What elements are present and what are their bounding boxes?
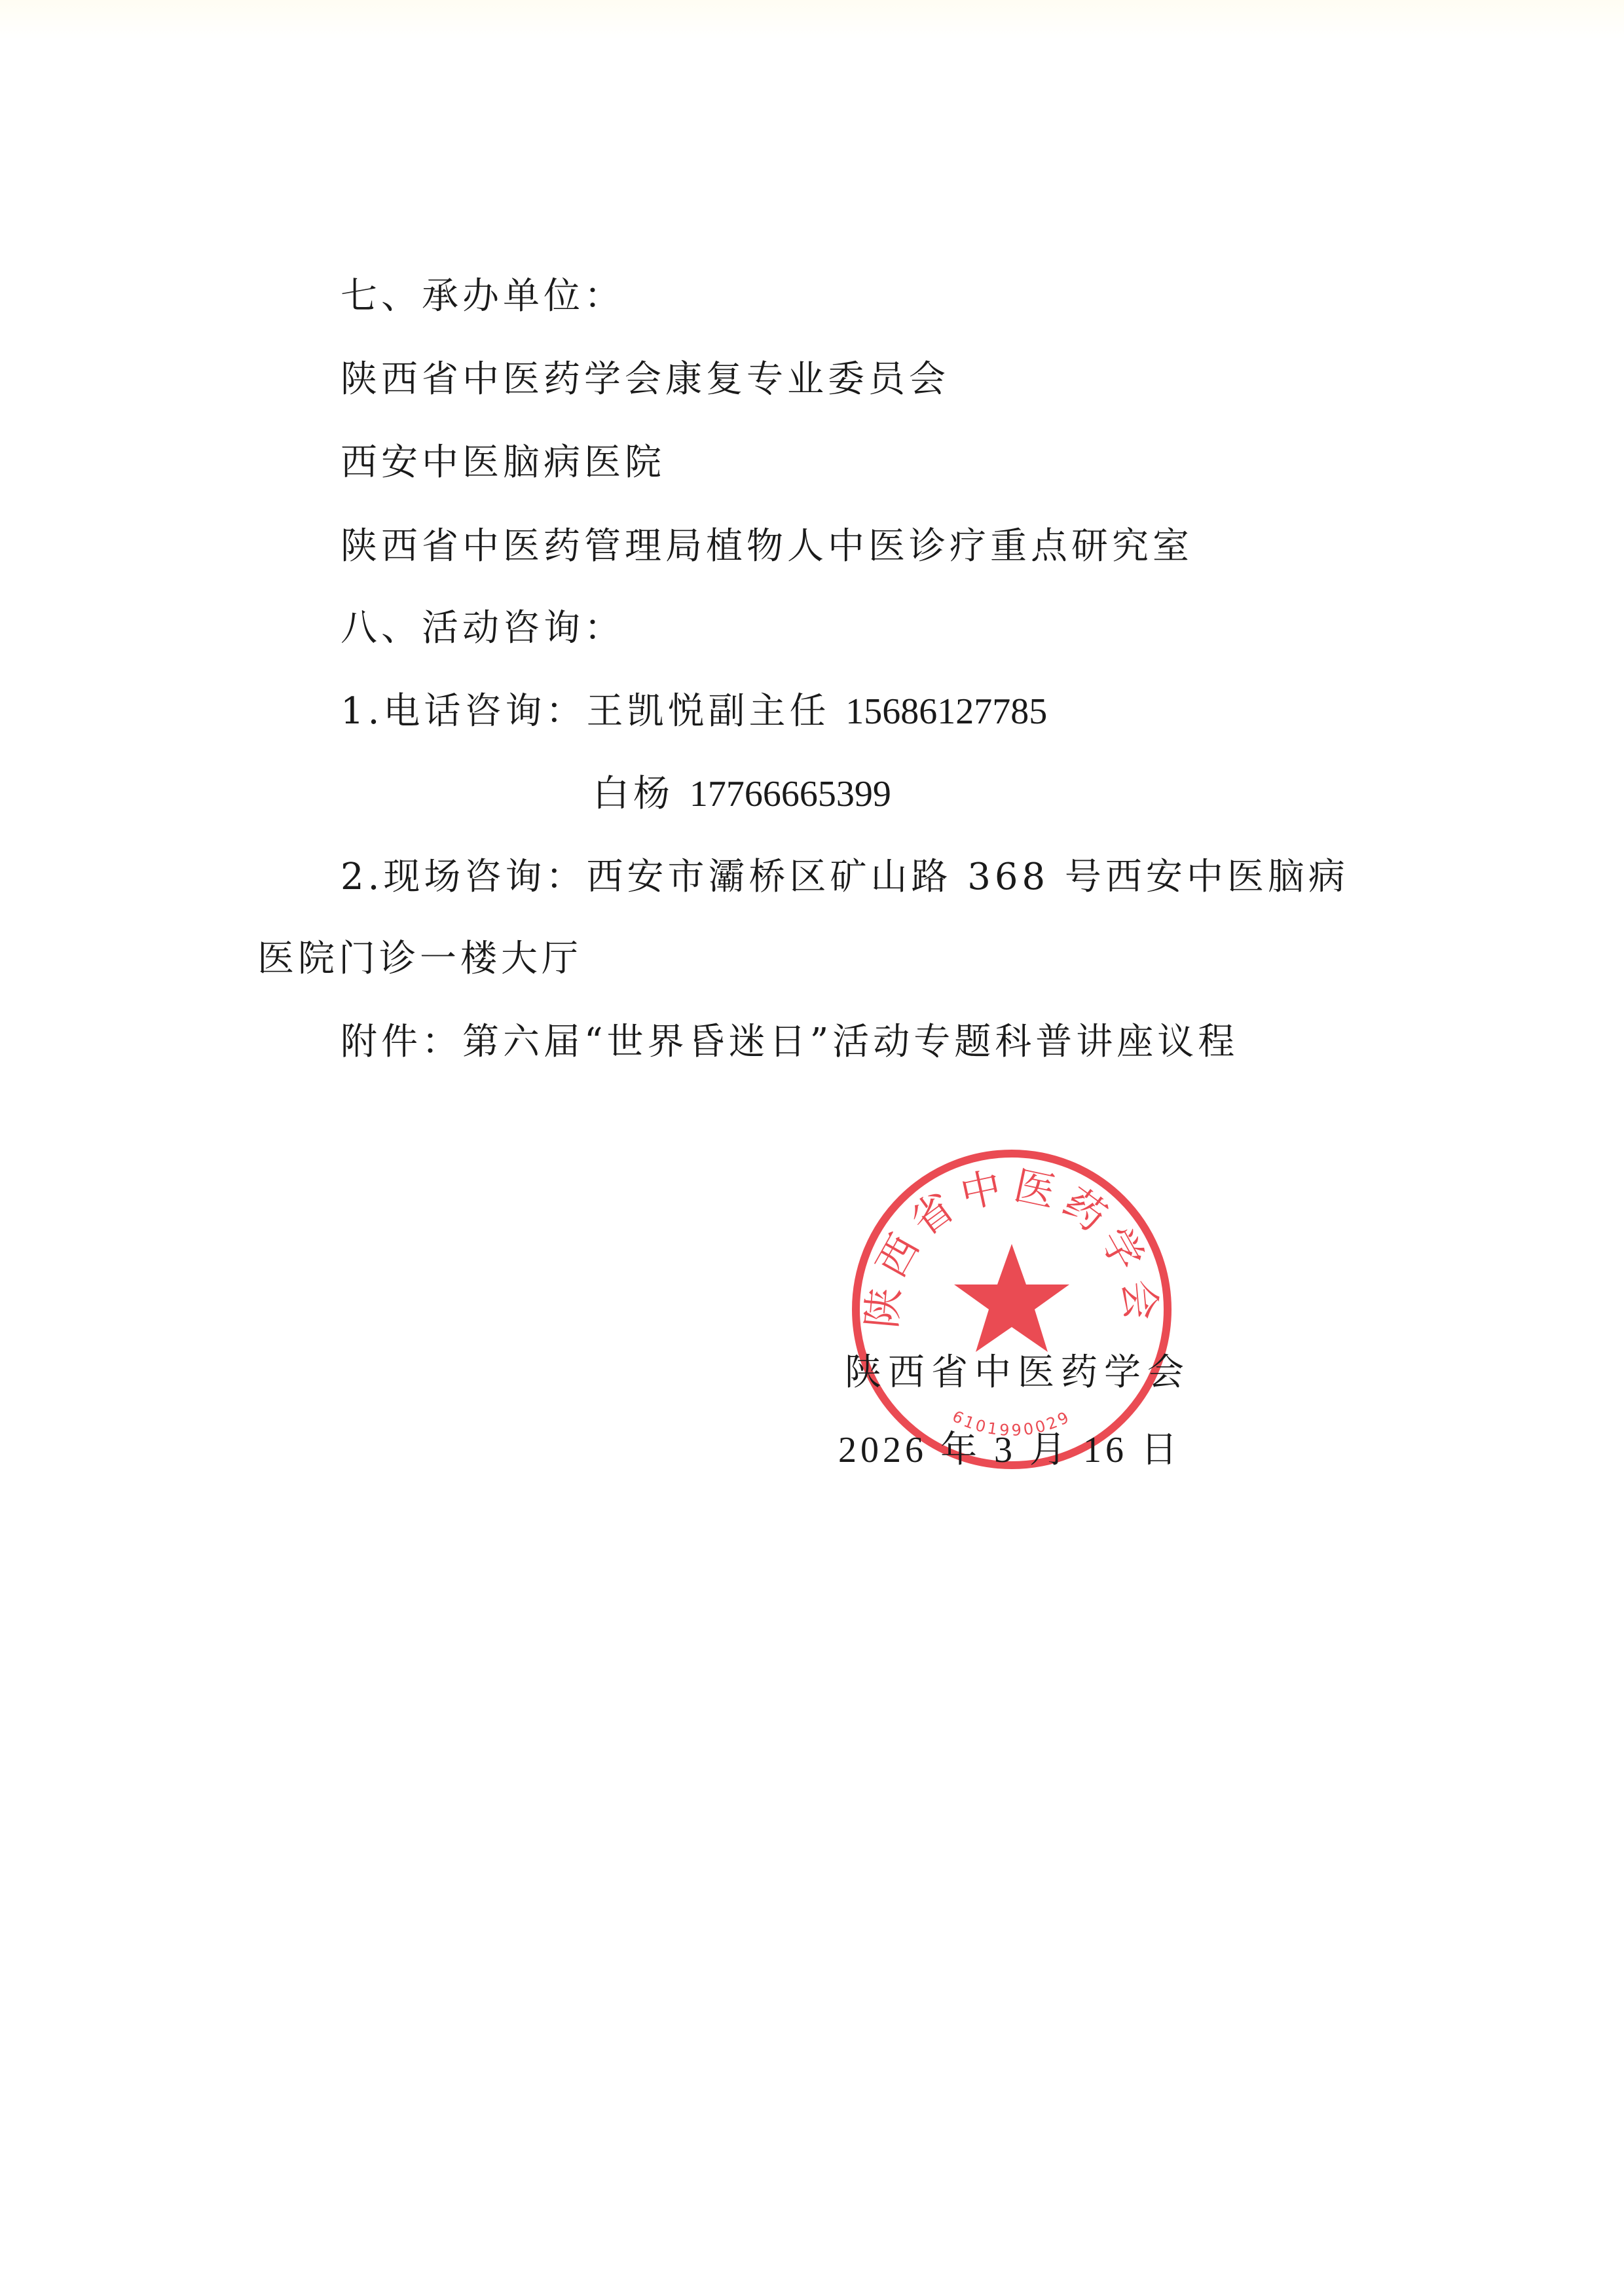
contact-1-number: 15686127785 bbox=[845, 691, 1047, 732]
organizer-2: 西安中医脑病医院 bbox=[341, 440, 665, 486]
phone-consult-line-1: 1.电话咨询：王凯悦副主任 15686127785 bbox=[341, 689, 1047, 735]
phone-consult-label: 1.电话咨询： bbox=[341, 690, 586, 733]
contact-2-number: 17766665399 bbox=[690, 774, 891, 814]
document-page: 七、承办单位： 陕西省中医药学会康复专业委员会 西安中医脑病医院 陕西省中医药管… bbox=[0, 0, 1624, 2296]
onsite-address-1: 西安市灞桥区矿山路 368 号西安中医脑病 bbox=[586, 856, 1349, 898]
section7-heading: 七、承办单位： bbox=[341, 274, 625, 319]
organizer-1: 陕西省中医药学会康复专业委员会 bbox=[341, 357, 950, 403]
phone-consult-line-2: 白杨 17766665399 bbox=[593, 771, 891, 817]
contact-2-name: 白杨 bbox=[593, 773, 674, 815]
onsite-address-2: 医院门诊一楼大厅 bbox=[257, 936, 582, 982]
onsite-consult-line-1: 2.现场咨询：西安市灞桥区矿山路 368 号西安中医脑病 bbox=[341, 854, 1349, 900]
section8-heading: 八、活动咨询： bbox=[341, 606, 625, 651]
organizer-3: 陕西省中医药管理局植物人中医诊疗重点研究室 bbox=[341, 524, 1193, 570]
official-seal: 陕西省中医药学会 6101990029 bbox=[848, 1146, 1175, 1473]
star-icon bbox=[954, 1244, 1069, 1352]
onsite-consult-label: 2.现场咨询： bbox=[341, 856, 586, 898]
signature-date: 2026 年 3 月 16 日 bbox=[838, 1427, 1181, 1473]
signature-organization: 陕西省中医药学会 bbox=[845, 1350, 1190, 1396]
attachment-line: 附件：第六届“世界昏迷日”活动专题科普讲座议程 bbox=[341, 1019, 1238, 1065]
contact-1-name: 王凯悦副主任 bbox=[586, 690, 830, 733]
